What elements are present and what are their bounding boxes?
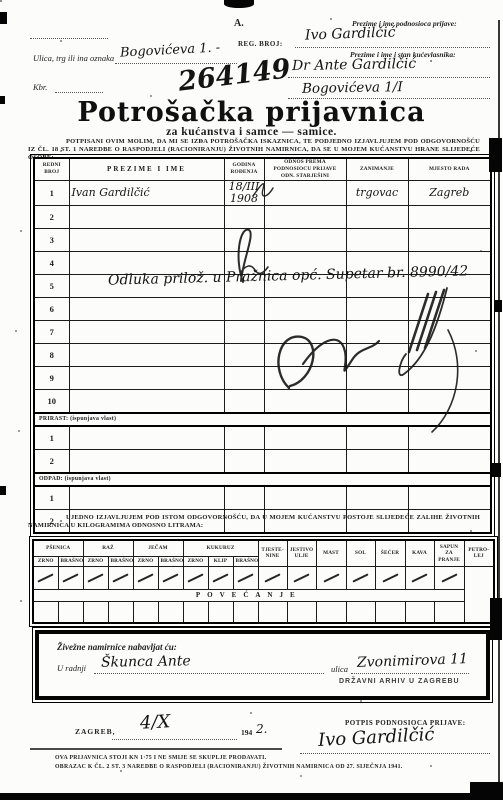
pen-slash-mark xyxy=(187,573,203,582)
odpad-label: ODPAD: (ispunjava vlast) xyxy=(34,473,491,486)
sub-zrno: ZRNO xyxy=(183,556,208,566)
person-occupation-handwritten: trgovac xyxy=(346,180,408,205)
sub-brasno: BRAŠNO xyxy=(108,556,133,566)
col-header-zanimanje: ZANIMANJE xyxy=(346,158,408,180)
col-group-psenica: PŠENICA xyxy=(33,540,83,556)
date-handwritten: 4/X xyxy=(139,711,170,734)
person-row: 2 xyxy=(34,205,491,228)
owner-name-handwritten: Dr Ante Gardilčić xyxy=(292,56,416,74)
row-number: 10 xyxy=(34,389,69,413)
person-workplace-handwritten: Zagreb xyxy=(408,180,491,205)
form-subtitle: za kućanstva i samce — samice. xyxy=(0,126,503,138)
shop-name-line xyxy=(94,673,324,674)
person-row: 1 Ivan Gardilčić 18/III 1908 trgovac Zag… xyxy=(34,180,491,205)
sub-klip: KLIP xyxy=(208,556,233,566)
povecanje-row: POVEĆANJE xyxy=(33,589,494,601)
row-number: 2 xyxy=(34,449,69,473)
year-digit-handwritten: 2. xyxy=(256,722,267,736)
sub-brasno: BRAŠNO xyxy=(158,556,183,566)
person-row: 10 xyxy=(34,389,491,413)
row-number: 2 xyxy=(34,205,69,228)
col-sol: SOL xyxy=(346,540,375,566)
col-kava: KAVA xyxy=(405,540,434,566)
povecanje-label: POVEĆANJE xyxy=(33,589,464,601)
blank-line xyxy=(30,38,108,39)
radnji-label: U radnji xyxy=(57,663,86,673)
footer-note-1: OVA PRIJAVNICA STOJI KN 1·75 I NE SMIJE … xyxy=(55,755,266,761)
row-number: 1 xyxy=(34,426,69,450)
col-secer: ŠEĆER xyxy=(375,540,405,566)
scan-artifact xyxy=(492,463,501,477)
form-title: Potrošačka prijavnica xyxy=(0,97,503,128)
street-handwritten: Bogovićeva 1. - xyxy=(120,40,221,60)
pen-slash-mark xyxy=(441,573,457,582)
pen-slash-mark xyxy=(87,573,103,582)
person-row: 7 xyxy=(34,320,491,343)
prirast-band: PRIRAST: (ispunjava vlast) xyxy=(34,413,491,426)
person-name-handwritten: Ivan Gardilčić xyxy=(69,180,224,205)
scan-artifact xyxy=(224,0,254,8)
pen-slash-mark xyxy=(264,573,280,582)
kbr-label: Kbr. xyxy=(33,82,47,92)
person-relation xyxy=(264,180,346,205)
section-letter: A. xyxy=(234,18,244,29)
supplies-table: PŠENICA RAŽ JEČAM KUKURUZ TJESTE-NINE JE… xyxy=(32,539,495,624)
row-number: 8 xyxy=(34,343,69,366)
applicant-signature-handwritten: Ivo Gardilčić xyxy=(318,724,435,751)
shop-declaration-box: Živežne namirnice nabavljat ću: U radnji… xyxy=(35,630,490,700)
pen-slash-mark xyxy=(411,573,427,582)
shop-street-line xyxy=(351,673,469,674)
row-number: 6 xyxy=(34,297,69,320)
shop-heading: Živežne namirnice nabavljat ću: xyxy=(57,642,177,652)
supplies-value-row xyxy=(33,566,494,589)
signature-line xyxy=(300,753,490,754)
reg-number-handwritten: 264149 xyxy=(177,53,293,98)
pen-slash-mark xyxy=(38,573,54,582)
person-birth-handwritten: 18/III 1908 xyxy=(224,180,264,205)
kbr-line xyxy=(55,92,103,93)
supplies-group-header-row: PŠENICA RAŽ JEČAM KUKURUZ TJESTE-NINE JE… xyxy=(33,540,494,556)
pen-slash-mark xyxy=(293,573,309,582)
row-number: 9 xyxy=(34,366,69,389)
row-number: 4 xyxy=(34,251,69,274)
col-header-mjesto-rada: MJESTO RADA xyxy=(408,158,491,180)
col-header-odnos: ODNOS PREMA PODNOSIOCU PRIJAVE ODN. STAR… xyxy=(264,158,346,180)
scan-artifact xyxy=(489,138,502,172)
scan-artifact xyxy=(494,300,502,312)
col-sapun: SAPUN ZA PRANJE xyxy=(434,540,464,566)
col-group-jecam: JEČAM xyxy=(133,540,183,556)
col-jestivo-ulje: JESTIVO ULJE xyxy=(287,540,316,566)
street-label: Ulica, trg ili ina oznaka xyxy=(33,53,114,63)
prirast-row: 1 xyxy=(34,426,491,450)
reg-broj-label: REG. BROJ: xyxy=(238,40,283,48)
col-mast: MAST xyxy=(316,540,346,566)
shop-street-handwritten: Zvonimirova 11 xyxy=(357,651,468,671)
row-number: 3 xyxy=(34,228,69,251)
shop-name-handwritten: Škunca Ante xyxy=(101,653,191,671)
pen-slash-mark xyxy=(323,573,339,582)
row-number: 5 xyxy=(34,274,69,297)
footer-divider xyxy=(30,748,282,750)
owner-address-handwritten: Bogovićeva 1/I xyxy=(302,79,403,97)
ulica-label: ulica xyxy=(331,664,348,674)
col-tjestenine: TJESTE-NINE xyxy=(258,540,287,566)
supplies-empty-row xyxy=(33,601,494,623)
owner-line xyxy=(288,77,490,78)
pen-slash-mark xyxy=(237,573,253,582)
row-number: 7 xyxy=(34,320,69,343)
col-group-kukuruz: KUKURUZ xyxy=(183,540,258,556)
sub-brasno: BRAŠNO xyxy=(233,556,258,566)
pen-slash-mark xyxy=(212,573,228,582)
scan-artifact xyxy=(0,793,503,800)
prirast-row: 2 xyxy=(34,449,491,473)
person-row: 8 xyxy=(34,343,491,366)
scan-artifact xyxy=(0,12,7,24)
scan-artifact xyxy=(0,96,5,104)
prirast-label: PRIRAST: (ispunjava vlast) xyxy=(34,413,491,426)
person-row: 6 xyxy=(34,297,491,320)
col-header-redni-broj: REDNI BROJ xyxy=(34,158,69,180)
persons-header-row: REDNI BROJ PREZIME I IME GODINA ROĐENJA … xyxy=(34,158,491,180)
person-row: 3 xyxy=(34,228,491,251)
sub-zrno: ZRNO xyxy=(83,556,108,566)
row-number: 1 xyxy=(34,486,69,510)
col-header-godina-rodjenja: GODINA ROĐENJA xyxy=(224,158,264,180)
col-group-raz: RAŽ xyxy=(83,540,133,556)
person-row: 9 xyxy=(34,366,491,389)
scan-artifact xyxy=(0,486,6,495)
supplies-intro-text: UJEDNO IZJAVLJUJEM POD ISTOM ODGOVORNOŠĆ… xyxy=(28,514,480,530)
row-number: 1 xyxy=(34,180,69,205)
persons-table: REDNI BROJ PREZIME I IME GODINA ROĐENJA … xyxy=(33,157,492,534)
pen-slash-mark xyxy=(352,573,368,582)
scanned-ration-form-page: A. REG. BROJ: Prezime i ime podnosioca p… xyxy=(0,0,503,800)
col-header-prezime-ime: PREZIME I IME xyxy=(69,158,224,180)
scan-artifact xyxy=(498,20,500,790)
odpad-band: ODPAD: (ispunjava vlast) xyxy=(34,473,491,486)
pen-slash-mark xyxy=(137,573,153,582)
pen-slash-mark xyxy=(62,573,78,582)
pen-slash-mark xyxy=(382,573,398,582)
applicant-name-handwritten: Ivo Gardilčić xyxy=(305,24,396,43)
scan-artifact xyxy=(470,782,503,800)
scan-artifact xyxy=(490,598,502,640)
city-label: ZAGREB, xyxy=(75,727,116,736)
date-line xyxy=(112,739,237,740)
sub-zrno: ZRNO xyxy=(33,556,58,566)
sub-brasno: BRAŠNO xyxy=(58,556,83,566)
archive-stamp-text: DRŽAVNI ARHIV U ZAGREBU xyxy=(339,678,460,685)
footer-note-2: OBRAZAC K ČL. 2 ST. 3 NAREDBE O RASPODJE… xyxy=(55,764,403,770)
sub-zrno: ZRNO xyxy=(133,556,158,566)
scan-speckle xyxy=(0,0,2,2)
applicant-line xyxy=(295,47,490,48)
col-petrolej: PETRO-LEJ xyxy=(464,540,494,566)
odpad-row: 1 xyxy=(34,486,491,510)
pen-slash-mark xyxy=(112,573,128,582)
year-printed: 194 xyxy=(241,728,252,737)
pen-slash-mark xyxy=(162,573,178,582)
